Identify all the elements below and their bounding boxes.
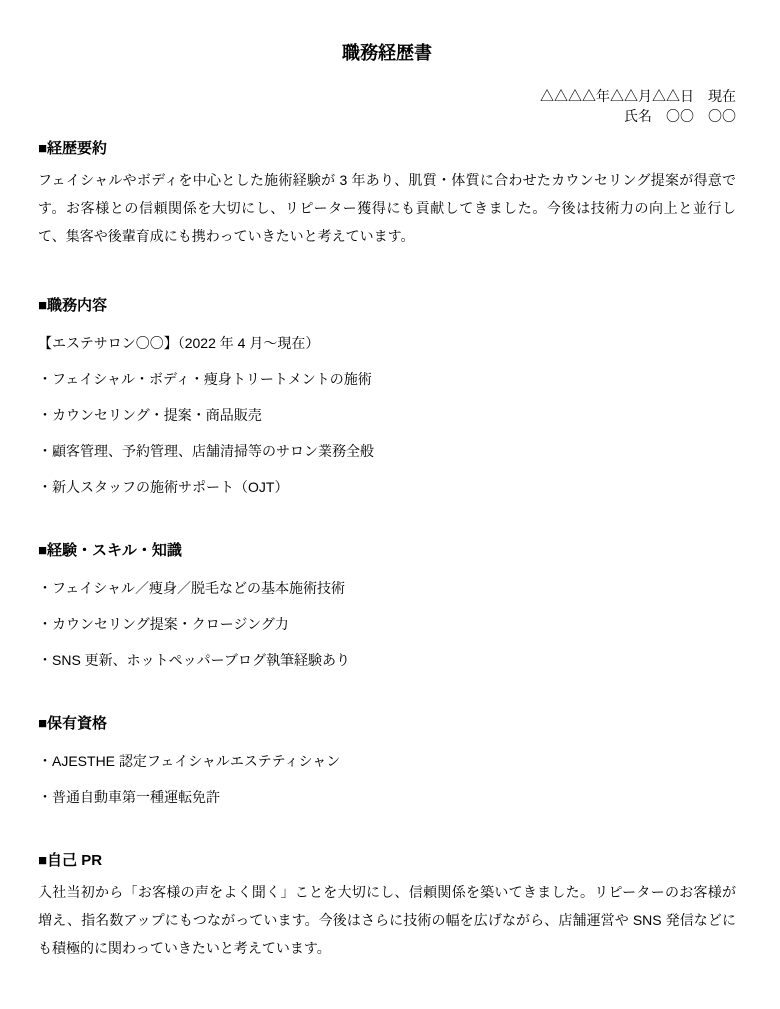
- list-item: ・AJESTHE 認定フェイシャルエステティシャン: [38, 753, 736, 769]
- list-item: ・普通自動車第一種運転免許: [38, 789, 736, 805]
- section-skills-knowledge: ■経験・スキル・知識 ・フェイシャル／痩身／脱毛などの基本施術技術 ・カウンセリ…: [38, 542, 736, 668]
- name-line: 氏名 〇〇 〇〇: [38, 106, 736, 126]
- list-item: ・新人スタッフの施術サポート（OJT）: [38, 479, 736, 495]
- career-summary-heading: ■経歴要約: [38, 140, 736, 158]
- employer-line: 【エステサロン〇〇】（2022 年 4 月～現在）: [38, 335, 736, 351]
- certifications-heading: ■保有資格: [38, 715, 736, 733]
- list-item: ・フェイシャル・ボディ・痩身トリートメントの施術: [38, 371, 736, 387]
- date-line: △△△△年△△月△△日 現在: [38, 86, 736, 106]
- list-item: ・カウンセリング提案・クロージング力: [38, 616, 736, 632]
- job-description-heading: ■職務内容: [38, 297, 736, 315]
- career-summary-paragraph: フェイシャルやボディを中心とした施術経験が 3 年あり、肌質・体質に合わせたカウ…: [38, 166, 736, 250]
- document-meta: △△△△年△△月△△日 現在 氏名 〇〇 〇〇: [38, 86, 736, 126]
- list-item: ・顧客管理、予約管理、店舗清掃等のサロン業務全般: [38, 443, 736, 459]
- section-job-description: ■職務内容 【エステサロン〇〇】（2022 年 4 月～現在） ・フェイシャル・…: [38, 297, 736, 495]
- list-item: ・SNS 更新、ホットペッパーブログ執筆経験あり: [38, 652, 736, 668]
- list-item: ・フェイシャル／痩身／脱毛などの基本施術技術: [38, 580, 736, 596]
- section-career-summary: ■経歴要約 フェイシャルやボディを中心とした施術経験が 3 年あり、肌質・体質に…: [38, 140, 736, 250]
- section-certifications: ■保有資格 ・AJESTHE 認定フェイシャルエステティシャン ・普通自動車第一…: [38, 715, 736, 805]
- self-pr-paragraph: 入社当初から「お客様の声をよく聞く」ことを大切にし、信頼関係を築いてきました。リ…: [38, 878, 736, 962]
- section-self-pr: ■自己 PR 入社当初から「お客様の声をよく聞く」ことを大切にし、信頼関係を築い…: [38, 852, 736, 962]
- resume-document: 職務経歴書 △△△△年△△月△△日 現在 氏名 〇〇 〇〇 ■経歴要約 フェイシ…: [0, 0, 780, 1009]
- self-pr-heading: ■自己 PR: [38, 852, 736, 870]
- list-item: ・カウンセリング・提案・商品販売: [38, 407, 736, 423]
- document-title: 職務経歴書: [38, 42, 736, 64]
- skills-knowledge-heading: ■経験・スキル・知識: [38, 542, 736, 560]
